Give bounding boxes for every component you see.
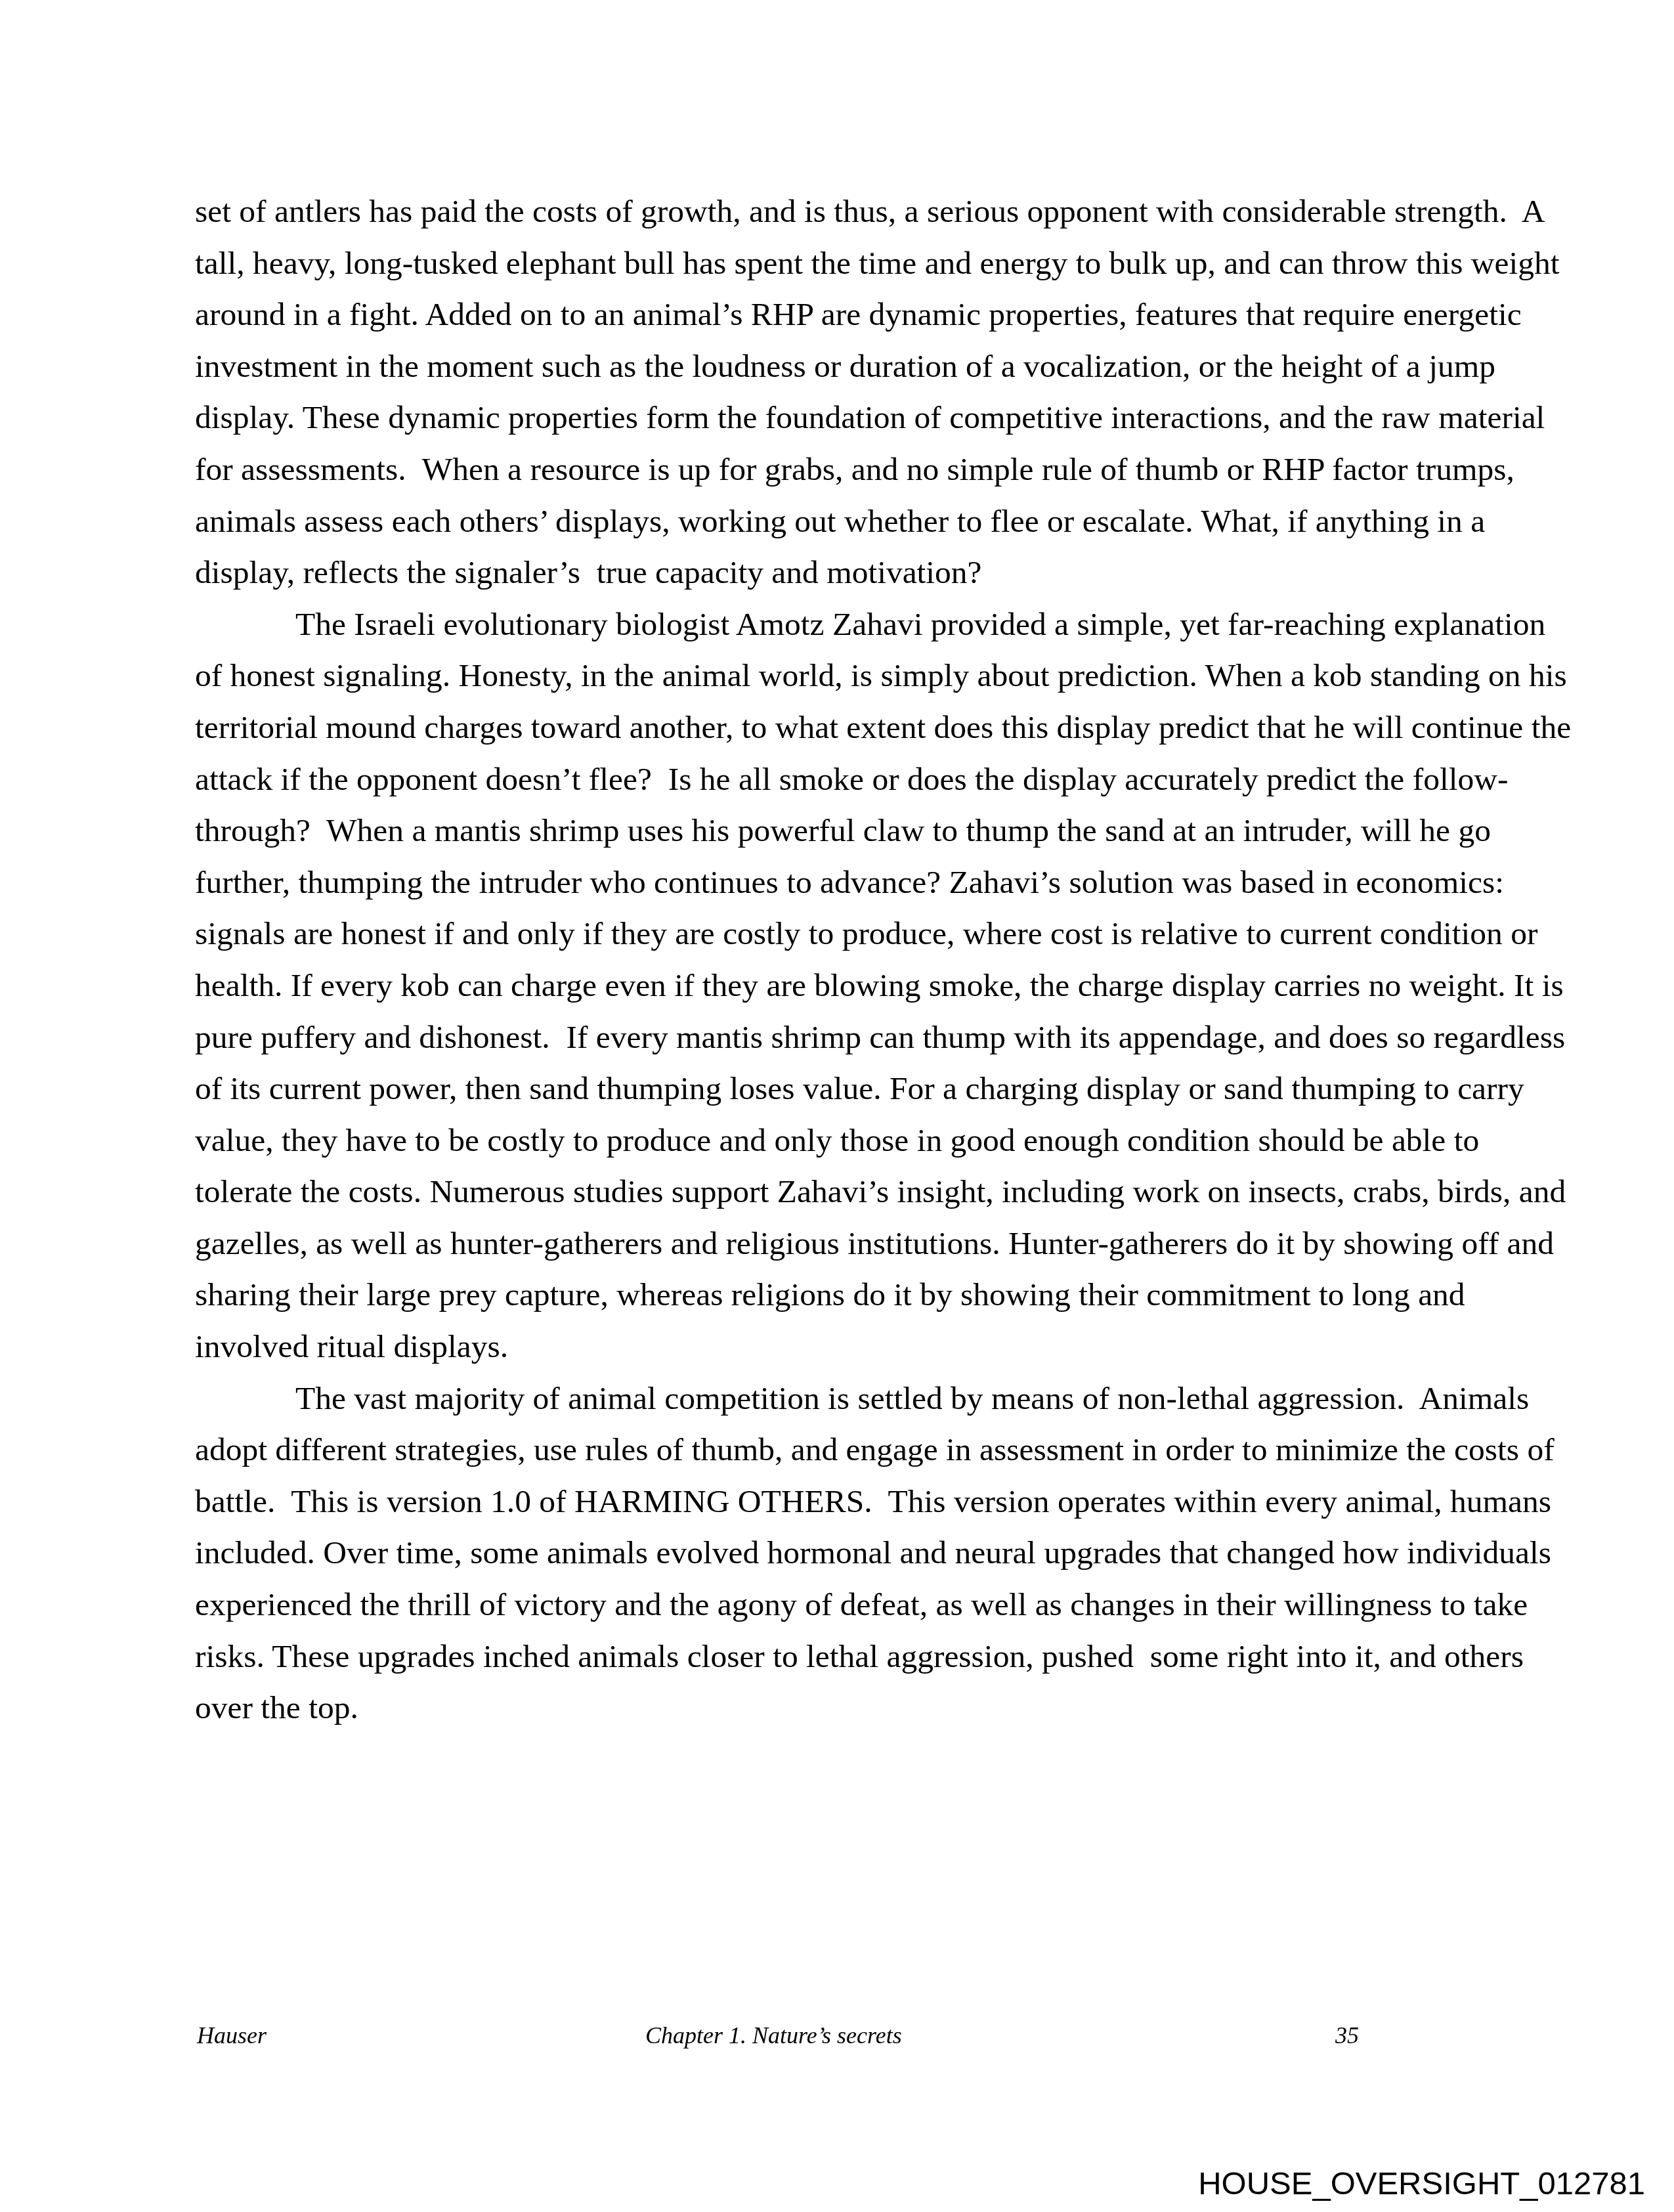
- text-line: of its current power, then sand thumping…: [195, 1063, 1469, 1115]
- text-line: experienced the thrill of victory and th…: [195, 1579, 1469, 1631]
- text-line: gazelles, as well as hunter-gatherers an…: [195, 1218, 1469, 1270]
- text-line: around in a fight. Added on to an animal…: [195, 289, 1469, 341]
- text-line: set of antlers has paid the costs of gro…: [195, 186, 1469, 238]
- paragraph-1: set of antlers has paid the costs of gro…: [195, 186, 1469, 599]
- text-line: value, they have to be costly to produce…: [195, 1115, 1469, 1167]
- text-line: animals assess each others’ displays, wo…: [195, 496, 1469, 548]
- text-line: territorial mound charges toward another…: [195, 702, 1469, 754]
- text-line: further, thumping the intruder who conti…: [195, 857, 1469, 909]
- paragraph-3: The vast majority of animal competition …: [195, 1373, 1469, 1734]
- bates-stamp: HOUSE_OVERSIGHT_012781: [1198, 2165, 1645, 2202]
- text-line: through? When a mantis shrimp uses his p…: [195, 805, 1469, 857]
- text-line: for assessments. When a resource is up f…: [195, 444, 1469, 496]
- footer-chapter-title: Chapter 1. Nature’s secrets: [645, 2021, 902, 2050]
- text-line: included. Over time, some animals evolve…: [195, 1527, 1469, 1579]
- text-line: signals are honest if and only if they a…: [195, 908, 1469, 960]
- text-line: display. These dynamic properties form t…: [195, 392, 1469, 444]
- text-line: tolerate the costs. Numerous studies sup…: [195, 1166, 1469, 1218]
- text-line: of honest signaling. Honesty, in the ani…: [195, 650, 1469, 702]
- text-line: pure puffery and dishonest. If every man…: [195, 1012, 1469, 1064]
- text-line: sharing their large prey capture, wherea…: [195, 1269, 1469, 1321]
- text-line: adopt different strategies, use rules of…: [195, 1424, 1469, 1476]
- footer-author: Hauser: [197, 2021, 267, 2050]
- text-line: The vast majority of animal competition …: [195, 1373, 1469, 1425]
- text-line: The Israeli evolutionary biologist Amotz…: [195, 599, 1469, 651]
- text-line: tall, heavy, long-tusked elephant bull h…: [195, 238, 1469, 290]
- text-line: display, reflects the signaler’s true ca…: [195, 547, 1469, 599]
- footer-page-number: 35: [1335, 2021, 1359, 2050]
- text-line: investment in the moment such as the lou…: [195, 341, 1469, 393]
- text-line: battle. This is version 1.0 of HARMING O…: [195, 1476, 1469, 1528]
- page-body: set of antlers has paid the costs of gro…: [195, 186, 1469, 1734]
- text-line: over the top.: [195, 1682, 1469, 1734]
- text-line: attack if the opponent doesn’t flee? Is …: [195, 754, 1469, 806]
- text-line: risks. These upgrades inched animals clo…: [195, 1631, 1469, 1683]
- paragraph-2: The Israeli evolutionary biologist Amotz…: [195, 599, 1469, 1373]
- text-line: involved ritual displays.: [195, 1321, 1469, 1373]
- text-line: health. If every kob can charge even if …: [195, 960, 1469, 1012]
